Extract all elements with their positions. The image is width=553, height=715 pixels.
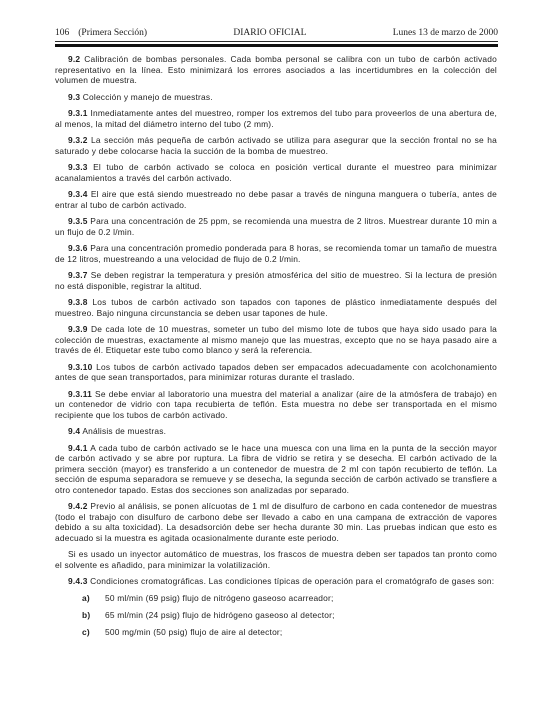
clause-text: Calibración de bombas personales. Cada b… — [55, 54, 497, 85]
header-rule-thin — [55, 41, 498, 42]
journal-title: DIARIO OFICIAL — [233, 28, 306, 39]
clause-number: 9.3.5 — [68, 216, 88, 226]
clause-number: 9.2 — [68, 54, 80, 64]
clause-text: La sección más pequeña de carbón activad… — [55, 135, 497, 156]
list-item: c)500 mg/min (50 psig) flujo de aire al … — [55, 627, 497, 638]
paragraph: 9.3 Colección y manejo de muestras. — [55, 92, 497, 103]
paragraph: 9.3.6 Para una concentración promedio po… — [55, 243, 497, 264]
clause-number: 9.3.8 — [68, 297, 88, 307]
clause-number: 9.3.7 — [68, 270, 88, 280]
paragraph: 9.4.2 Previo al análisis, se ponen alícu… — [55, 501, 497, 543]
clause-text: Inmediatamente antes del muestreo, rompe… — [55, 108, 497, 129]
clause-number: 9.3.9 — [68, 324, 88, 334]
paragraph: 9.2 Calibración de bombas personales. Ca… — [55, 54, 497, 86]
clause-text: El aire que está siendo muestreado no de… — [55, 189, 497, 210]
clause-number: 9.4.1 — [68, 443, 88, 453]
list-text: 65 ml/min (24 psig) flujo de hidrógeno g… — [105, 610, 335, 621]
clause-text: Colección y manejo de muestras. — [83, 92, 213, 102]
list-letter: a) — [82, 593, 105, 604]
paragraph: 9.3.5 Para una concentración de 25 ppm, … — [55, 216, 497, 237]
clause-number: 9.3.11 — [68, 389, 92, 399]
clause-number: 9.3 — [68, 92, 80, 102]
clause-text: A cada tubo de carbón activado se le hac… — [55, 443, 497, 495]
list-text: 500 mg/min (50 psig) flujo de aire al de… — [105, 627, 282, 638]
clause-number: 9.3.1 — [68, 108, 88, 118]
paragraph: 9.3.7 Se deben registrar la temperatura … — [55, 270, 497, 291]
paragraph: Si es usado un inyector automático de mu… — [55, 549, 497, 570]
clause-text: De cada lote de 10 muestras, someter un … — [55, 324, 497, 355]
clause-text: El tubo de carbón activado se coloca en … — [55, 162, 497, 183]
paragraph: 9.3.11 Se debe enviar al laboratorio una… — [55, 389, 497, 421]
list-letter: c) — [82, 627, 105, 638]
clause-number: 9.3.2 — [68, 135, 88, 145]
clause-text: Para una concentración promedio ponderad… — [55, 243, 497, 264]
paragraph: 9.3.3 El tubo de carbón activado se colo… — [55, 162, 497, 183]
paragraph: 9.4.3 Condiciones cromatográficas. Las c… — [55, 576, 497, 587]
section-label: (Primera Sección) — [78, 28, 147, 39]
clause-text: Los tubos de carbón activado son tapados… — [55, 297, 497, 318]
paragraph: 9.3.1 Inmediatamente antes del muestreo,… — [55, 108, 497, 129]
list-text: 50 ml/min (69 psig) flujo de nitrógeno g… — [105, 593, 334, 604]
paragraph: 9.3.8 Los tubos de carbón activado son t… — [55, 297, 497, 318]
list-item: a)50 ml/min (69 psig) flujo de nitrógeno… — [55, 593, 497, 604]
document-page: 106 (Primera Sección) DIARIO OFICIAL Lun… — [0, 0, 553, 715]
paragraph: 9.4 Análisis de muestras. — [55, 426, 497, 437]
paragraph: 9.3.4 El aire que está siendo muestreado… — [55, 189, 497, 210]
clause-number: 9.4.3 — [68, 576, 88, 586]
paragraph: 9.4.1 A cada tubo de carbón activado se … — [55, 443, 497, 496]
paragraph: 9.3.10 Los tubos de carbón activado tapa… — [55, 362, 497, 383]
page-number: 106 — [55, 28, 69, 39]
clause-text: Análisis de muestras. — [82, 426, 166, 436]
clause-text: Si es usado un inyector automático de mu… — [55, 549, 497, 570]
clause-text: Previo al análisis, se ponen alícuotas d… — [55, 501, 497, 543]
clause-text: Condiciones cromatográficas. Las condici… — [90, 576, 494, 586]
document-body: 9.2 Calibración de bombas personales. Ca… — [55, 54, 497, 644]
page-header: 106 (Primera Sección) DIARIO OFICIAL Lun… — [55, 28, 498, 39]
clause-text: Se deben registrar la temperatura y pres… — [55, 270, 497, 291]
clause-number: 9.3.4 — [68, 189, 88, 199]
list-letter: b) — [82, 610, 105, 621]
clause-number: 9.4 — [68, 426, 80, 436]
clause-text: Para una concentración de 25 ppm, se rec… — [55, 216, 497, 237]
clause-text: Se debe enviar al laboratorio una muestr… — [55, 389, 497, 420]
clause-number: 9.3.6 — [68, 243, 88, 253]
issue-date: Lunes 13 de marzo de 2000 — [393, 28, 498, 39]
list-item: b)65 ml/min (24 psig) flujo de hidrógeno… — [55, 610, 497, 621]
clause-number: 9.4.2 — [68, 501, 88, 511]
clause-number: 9.3.3 — [68, 162, 88, 172]
paragraph: 9.3.9 De cada lote de 10 muestras, somet… — [55, 324, 497, 356]
clause-text: Los tubos de carbón activado tapados deb… — [55, 362, 497, 383]
clause-number: 9.3.10 — [68, 362, 93, 372]
header-rule-thick — [55, 44, 498, 47]
paragraph: 9.3.2 La sección más pequeña de carbón a… — [55, 135, 497, 156]
